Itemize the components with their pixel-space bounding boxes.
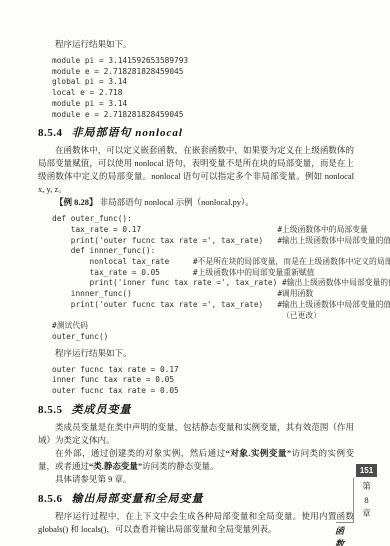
section-854-number: 8.5.4 bbox=[38, 127, 63, 139]
chapter-name: 函数 bbox=[335, 524, 345, 546]
page-number-badge: 151 bbox=[356, 464, 377, 477]
section-855-title: 类成员变量 bbox=[72, 404, 132, 416]
code-block-nonlocal: def outer_func(): tax_rate = 0.17 #上级函数体… bbox=[52, 214, 354, 342]
output-block-1: module pi = 3.141592653589793 module e =… bbox=[52, 56, 354, 120]
sidebar-vertical-line bbox=[353, 478, 354, 522]
chapter-label: 第 8 章 bbox=[356, 480, 377, 521]
sidebar-horizontal-line bbox=[336, 522, 354, 523]
para-855-3: 具体请参见第 9 章。 bbox=[38, 473, 354, 486]
para-855-2-seg1: 在外部，通过创建类的对象实例，然后通过 bbox=[55, 448, 226, 458]
result-intro-2: 程序运行结果如下。 bbox=[38, 347, 354, 360]
example-text: 非局部语句 nonlocal 示例（nonlocal.py）。 bbox=[100, 197, 254, 207]
example-label: 【例 8.28】 bbox=[55, 197, 98, 207]
para-854: 在函数体中，可以定义嵌套函数，在嵌套函数中，如果要为定义在上级函数体的局部变量赋… bbox=[38, 144, 354, 196]
section-854-title: 非局部语句 nonlocal bbox=[72, 127, 183, 139]
para-855-2: 在外部，通过创建类的对象实例，然后通过“对象.实例变量”访问类的实例变量，或者通… bbox=[38, 447, 354, 473]
book-page: 程序运行结果如下。 module pi = 3.141592653589793 … bbox=[0, 0, 390, 546]
section-856-title: 输出局部变量和全局变量 bbox=[72, 493, 204, 505]
section-heading-856: 8.5.6输出局部变量和全局变量 bbox=[38, 492, 354, 506]
section-855-number: 8.5.5 bbox=[38, 404, 63, 416]
result-intro-1: 程序运行结果如下。 bbox=[38, 38, 354, 51]
output-block-2: outer fucnc tax rate = 0.17 inner func t… bbox=[52, 365, 354, 397]
section-heading-855: 8.5.5类成员变量 bbox=[38, 403, 354, 417]
section-heading-854: 8.5.4非局部语句 nonlocal bbox=[38, 126, 354, 140]
para-855-1: 类成员变量是在类中声明的变量，包括静态变量和实例变量，其有效范围（作用域）为类定… bbox=[38, 421, 354, 447]
example-line: 【例 8.28】 非局部语句 nonlocal 示例（nonlocal.py）。 bbox=[38, 196, 354, 209]
term-object-instance-variable: “对象.实例变量” bbox=[226, 448, 291, 458]
para-856: 程序运行过程中，在上下文中会生成各种局部变量和全局变量。使用内置函数 globa… bbox=[38, 510, 354, 536]
para-855-2-seg5: 访问类的静态变量。 bbox=[142, 461, 219, 471]
section-856-number: 8.5.6 bbox=[38, 493, 63, 505]
term-class-static-variable: “类.静态变量” bbox=[89, 461, 142, 471]
